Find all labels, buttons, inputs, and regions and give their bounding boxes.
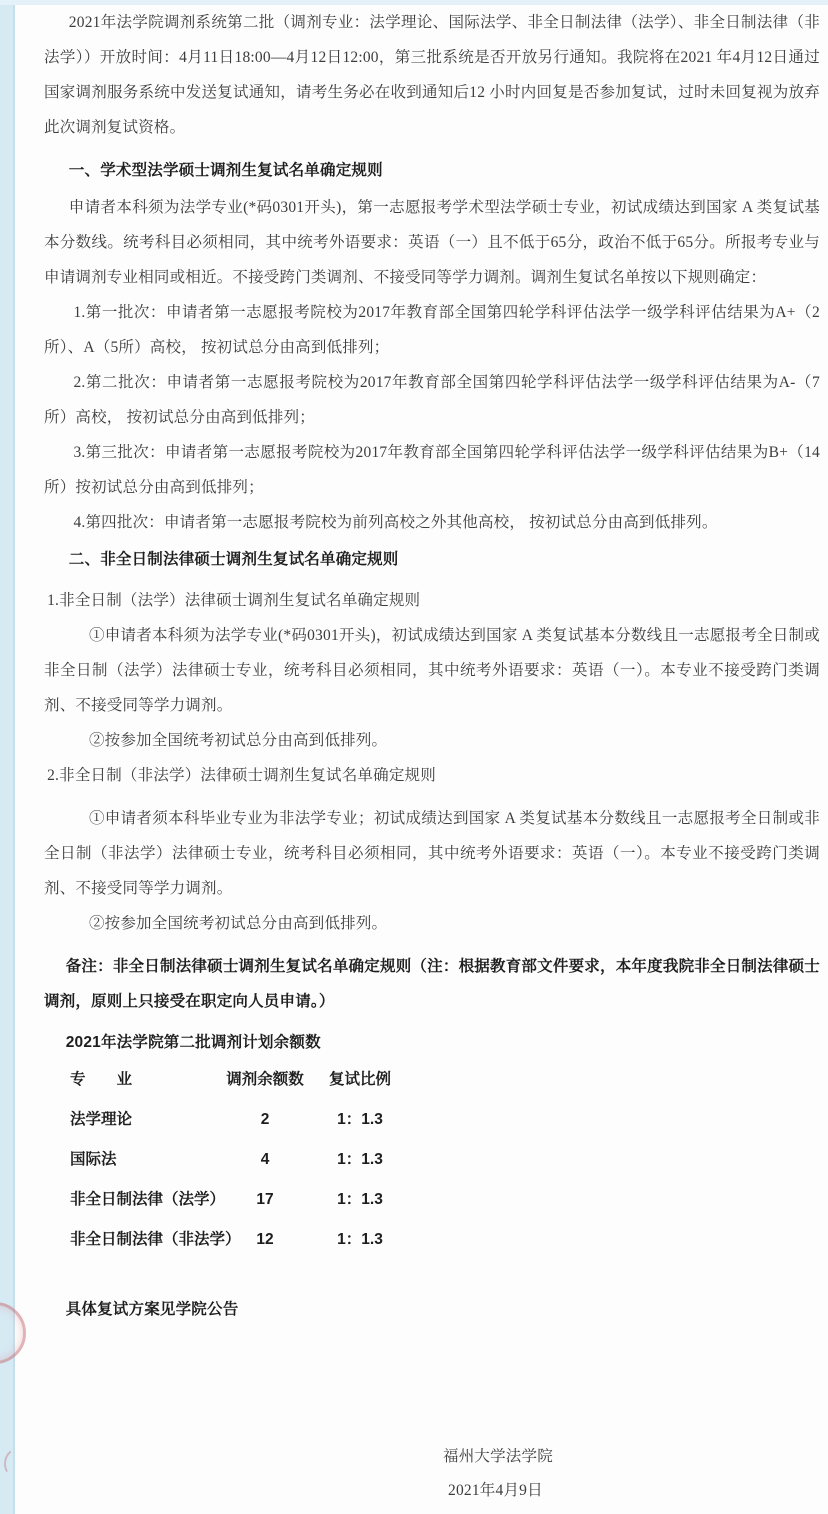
table-cell-ratio: 1：1.3 [310,1180,410,1220]
rule-item-2: 2.第二批次：申请者第一志愿报考院校为2017年教育部全国第四轮学科评估法学一级… [44,365,820,435]
document-content: 2021年法学院调剂系统第二批（调剂专业：法学理论、国际法学、非全日制法律（法学… [0,5,828,1507]
table-row: 非全日制法律（法学） 17 1：1.3 [44,1180,820,1220]
sub1-rule-1: ①申请者本科须为法学专业(*码0301开头)，初试成绩达到国家 A 类复试基本分… [44,618,820,723]
sub1-title: 1.非全日制（法学）法律硕士调剂生复试名单确定规则 [44,583,820,618]
section1-heading: 一、学术型法学硕士调剂生复试名单确定规则 [44,153,820,188]
section2-heading: 二、非全日制法律硕士调剂生复试名单确定规则 [44,542,820,577]
table-cell-major: 非全日制法律（非法学） [70,1220,220,1260]
table-cell-quota: 12 [220,1220,310,1260]
table-row: 法学理论 2 1：1.3 [44,1100,820,1140]
table-header-ratio: 复试比例 [310,1060,410,1100]
table-cell-ratio: 1：1.3 [310,1140,410,1180]
table-header-major: 专 业 [70,1060,220,1100]
rule-item-4: 4.第四批次：申请者第一志愿报考院校为前列高校之外其他高校， 按初试总分由高到低… [44,505,820,540]
table-cell-quota: 2 [220,1100,310,1140]
intro-paragraph: 2021年法学院调剂系统第二批（调剂专业：法学理论、国际法学、非全日制法律（法学… [44,5,820,145]
rule-item-1: 1.第一批次：申请者第一志愿报考院校为2017年教育部全国第四轮学科评估法学一级… [44,295,820,365]
quota-table: 专 业 调剂余额数 复试比例 法学理论 2 1：1.3 国际法 4 1：1.3 … [44,1060,820,1260]
sub2-rule-2: ②按参加全国统考初试总分由高到低排列。 [44,906,820,941]
sub1-rule-2: ②按参加全国统考初试总分由高到低排列。 [44,723,820,758]
sub2-rule-1: ①申请者须本科毕业专业为非法学专业；初试成绩达到国家 A 类复试基本分数线且一志… [44,801,820,906]
table-cell-quota: 4 [220,1140,310,1180]
table-cell-quota: 17 [220,1180,310,1220]
section1-intro: 申请者本科须为法学专业(*码0301开头)，第一志愿报考学术型法学硕士专业，初试… [44,190,820,295]
table-row: 国际法 4 1：1.3 [44,1140,820,1180]
table-cell-major: 非全日制法律（法学） [70,1180,220,1220]
table-header-quota: 调剂余额数 [220,1060,310,1100]
table-cell-major: 国际法 [70,1140,220,1180]
table-header-row: 专 业 调剂余额数 复试比例 [44,1060,820,1100]
table-row: 非全日制法律（非法学） 12 1：1.3 [44,1220,820,1260]
quota-title: 2021年法学院第二批调剂计划余额数 [44,1025,820,1060]
signature: 福州大学法学院 [44,1439,820,1474]
table-cell-ratio: 1：1.3 [310,1220,410,1260]
remark-note: 备注：非全日制法律硕士调剂生复试名单确定规则（注：根据教育部文件要求，本年度我院… [44,949,820,1019]
table-cell-ratio: 1：1.3 [310,1100,410,1140]
closing-note: 具体复试方案见学院公告 [44,1292,820,1327]
table-cell-major: 法学理论 [70,1100,220,1140]
signature-date: 2021年4月9日 [44,1474,820,1507]
sub2-title: 2.非全日制（非法学）法律硕士调剂生复试名单确定规则 [44,758,820,793]
rule-item-3: 3.第三批次：申请者第一志愿报考院校为2017年教育部全国第四轮学科评估法学一级… [44,435,820,505]
